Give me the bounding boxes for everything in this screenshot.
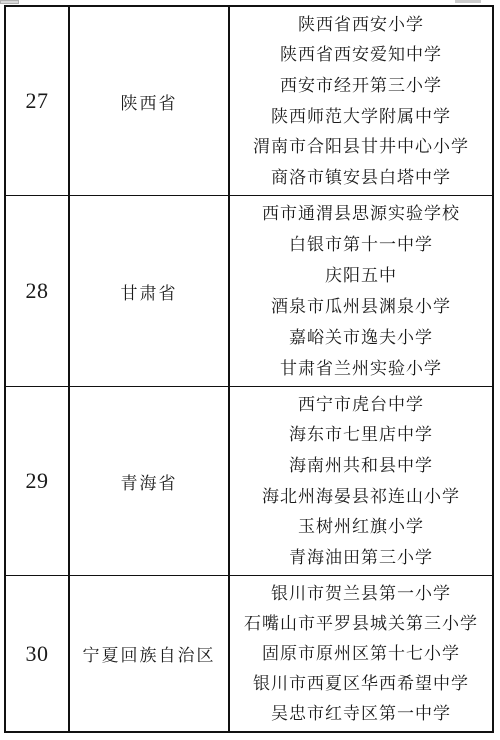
province-cell: 青海省 <box>70 387 230 575</box>
screenshot-crop-artifact-right <box>455 0 481 3</box>
school-name: 陕西省西安小学 <box>298 16 424 33</box>
school-name: 陕西省西安爱知中学 <box>280 46 442 63</box>
row-number-cell: 30 <box>6 576 70 731</box>
province-cell: 宁夏回族自治区 <box>70 576 230 731</box>
school-name: 白银市第十一中学 <box>289 236 433 253</box>
school-name: 渭南市合阳县甘井中心小学 <box>253 138 469 155</box>
school-name: 玉树州红旗小学 <box>298 518 424 535</box>
table-row: 28 甘肃省 西市通渭县思源实验学校 白银市第十一中学 庆阳五中 酒泉市瓜州县渊… <box>6 196 492 387</box>
schools-cell: 西宁市虎台中学 海东市七里店中学 海南州共和县中学 海北州海晏县祁连山小学 玉树… <box>230 387 492 575</box>
school-name: 石嘴山市平罗县城关第三小学 <box>244 615 478 632</box>
table-row: 27 陕西省 陕西省西安小学 陕西省西安爱知中学 西安市经开第三小学 陕西师范大… <box>6 7 492 196</box>
school-name: 银川市西夏区华西希望中学 <box>253 675 469 692</box>
schools-cell: 西市通渭县思源实验学校 白银市第十一中学 庆阳五中 酒泉市瓜州县渊泉小学 嘉峪关… <box>230 196 492 386</box>
school-name: 酒泉市瓜州县渊泉小学 <box>271 298 451 315</box>
document-page: 27 陕西省 陕西省西安小学 陕西省西安爱知中学 西安市经开第三小学 陕西师范大… <box>0 0 500 740</box>
table-row: 29 青海省 西宁市虎台中学 海东市七里店中学 海南州共和县中学 海北州海晏县祁… <box>6 387 492 576</box>
school-name: 甘肃省兰州实验小学 <box>280 360 442 377</box>
school-name: 西宁市虎台中学 <box>298 396 424 413</box>
province-cell: 甘肃省 <box>70 196 230 386</box>
school-name: 青海油田第三小学 <box>289 549 433 566</box>
row-number-cell: 29 <box>6 387 70 575</box>
row-number-cell: 28 <box>6 196 70 386</box>
school-name: 庆阳五中 <box>325 267 397 284</box>
school-name: 西安市经开第三小学 <box>280 77 442 94</box>
school-name: 嘉峪关市逸夫小学 <box>289 329 433 346</box>
school-name: 海东市七里店中学 <box>289 426 433 443</box>
province-cell: 陕西省 <box>70 7 230 195</box>
school-name: 海北州海晏县祁连山小学 <box>262 488 460 505</box>
schools-cell: 陕西省西安小学 陕西省西安爱知中学 西安市经开第三小学 陕西师范大学附属中学 渭… <box>230 7 492 195</box>
school-name: 吴忠市红寺区第一中学 <box>271 705 451 722</box>
screenshot-crop-artifact-left <box>0 0 19 4</box>
schools-cell: 银川市贺兰县第一小学 石嘴山市平罗县城关第三小学 固原市原州区第十七小学 银川市… <box>230 576 492 731</box>
school-name: 陕西师范大学附属中学 <box>271 108 451 125</box>
table-row: 30 宁夏回族自治区 银川市贺兰县第一小学 石嘴山市平罗县城关第三小学 固原市原… <box>6 576 492 731</box>
school-name: 西市通渭县思源实验学校 <box>262 205 460 222</box>
school-name: 银川市贺兰县第一小学 <box>271 585 451 602</box>
row-number-cell: 27 <box>6 7 70 195</box>
school-name: 固原市原州区第十七小学 <box>262 645 460 662</box>
school-name: 商洛市镇安县白塔中学 <box>271 169 451 186</box>
province-schools-table: 27 陕西省 陕西省西安小学 陕西省西安爱知中学 西安市经开第三小学 陕西师范大… <box>4 5 494 733</box>
school-name: 海南州共和县中学 <box>289 457 433 474</box>
